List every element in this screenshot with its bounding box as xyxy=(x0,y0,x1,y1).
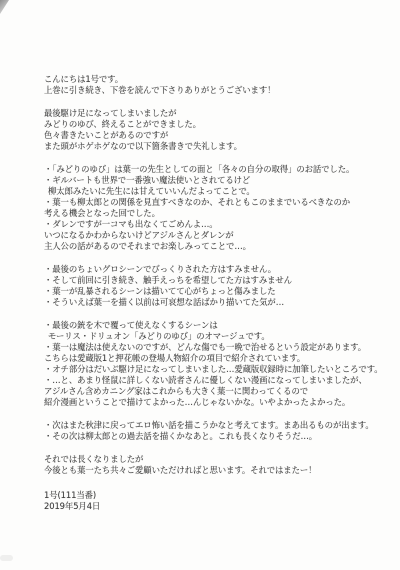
paragraph-greeting: こんにちは1号です。上巻に引き続き、下巻を読んで下さりありがとうございます！ xyxy=(44,74,394,96)
text-line: 柳太郎みたいに先生には甘えていいんだよってことで。 xyxy=(44,186,394,197)
text-line: ・ダレンですが一コマも出なくてごめんよ…。 xyxy=(44,219,394,230)
text-line: 上巻に引き続き、下巻を読んで下さりありがとうございます！ xyxy=(44,85,394,96)
text-line: みどりのゆび、終えることができました。 xyxy=(44,119,394,130)
text-line: 今後とも葉一たち共々ご愛顧いただければと思います。それではまたー！ xyxy=(44,465,394,476)
paragraph-notes-block-3: ・最後の銃を木で覆って使えなくするシーンはモーリス・ドリュオン「みどりのゆび」の… xyxy=(44,320,394,408)
text-line: ・その次は柳太郎との過去話を描くかなあと。これも長くなりそうだ…。 xyxy=(44,431,394,442)
text-line: 色々書きたいことがあるのですが xyxy=(44,130,394,141)
text-line: ・ギルバートも世界で一番強い魔法使いとされてるけど xyxy=(44,175,394,186)
text-line: ・最後のちょいグロシーンでびっくりされた方はすみません。 xyxy=(44,264,394,275)
text-line: ・「みどりのゆび」は葉一の先生としての面と「各々の自分の取得」のお話でした。 xyxy=(44,164,394,175)
text-line: ・葉一は魔法は使えないのですが、どんな傷でも一晩で治せるという設定があります。 xyxy=(44,342,394,353)
afterword-page: こんにちは1号です。上巻に引き続き、下巻を読んで下さりありがとうございます！最後… xyxy=(0,0,400,570)
page-corner-artifact xyxy=(0,0,9,14)
text-line: ・最後の銃を木で覆って使えなくするシーンは xyxy=(44,320,394,331)
text-line: ・…と、あまり怪鼠に詳しくない読者さんに優しくない漫画になってしまいましたが、 xyxy=(44,375,394,386)
text-line: また頭がホゲホゲなので以下箇条書きで失礼します。 xyxy=(44,141,394,152)
text-line: モーリス・ドリュオン「みどりのゆび」のオマージュです。 xyxy=(44,331,394,342)
paragraph-intro: 最後駆け足になってしまいましたがみどりのゆび、終えることができました。色々書きた… xyxy=(44,108,394,152)
paragraph-signature: 1号(111当番)2019年5月4日 xyxy=(44,490,394,512)
text-line: ・そして前回に引き続き、触手えっちを希望してた方はすみません xyxy=(44,275,394,286)
paragraph-notes-block-2: ・最後のちょいグロシーンでびっくりされた方はすみません。・そして前回に引き続き、… xyxy=(44,264,394,308)
scan-smudge xyxy=(0,555,13,561)
text-line: いつになるかわからないけどアジルさんとダレンが xyxy=(44,230,394,241)
text-line: こんにちは1号です。 xyxy=(44,74,394,85)
text-line: 1号(111当番) xyxy=(44,490,394,501)
text-line: 紹介漫画ということで描けてよかった…んじゃないかな。いやよかったよかった。 xyxy=(44,397,394,408)
paragraph-notes-block-4: ・次はまた秋津に戻ってエロ怖い話を描こうかなと考えてます。まあ出るものが出ます。… xyxy=(44,420,394,442)
text-line: それでは長くなりましたが xyxy=(44,454,394,465)
text-line: ・オチ部分はだいぶ駆け足になってしまいました…愛蔵版収録時に加筆したいところです… xyxy=(44,364,394,375)
text-line: ・そういえば葉一を描く以前は可哀想な話ばかり描いてた気が… xyxy=(44,297,394,308)
text-line: ・次はまた秋津に戻ってエロ怖い話を描こうかなと考えてます。まあ出るものが出ます。 xyxy=(44,420,394,431)
text-line: 2019年5月4日 xyxy=(44,501,394,512)
text-line: こちらは愛蔵版1と押花帳の登場人物紹介の項目で紹介されています。 xyxy=(44,353,394,364)
text-line: 最後駆け足になってしまいましたが xyxy=(44,108,394,119)
text-line: ・葉一が乱暴されるシーンは描いてて心がちょっと傷みました xyxy=(44,286,394,297)
text-line: 主人公の話があるのでそれまでお楽しみってことで…。 xyxy=(44,241,394,252)
paragraph-notes-block-1: ・「みどりのゆび」は葉一の先生としての面と「各々の自分の取得」のお話でした。・ギ… xyxy=(44,164,394,252)
paragraph-closing: それでは長くなりましたが今後とも葉一たち共々ご愛顧いただければと思います。それで… xyxy=(44,454,394,476)
afterword-text: こんにちは1号です。上巻に引き続き、下巻を読んで下さりありがとうございます！最後… xyxy=(44,74,394,524)
text-line: ・葉一も柳太郎との関係を見直すべきなのか、それともこのままでいるべきなのか xyxy=(44,197,394,208)
text-line: 考える機会となった回でした。 xyxy=(44,208,394,219)
text-line: アジルさん含めカニング家はこれからも大きく葉一に関わってくるので xyxy=(44,386,394,397)
